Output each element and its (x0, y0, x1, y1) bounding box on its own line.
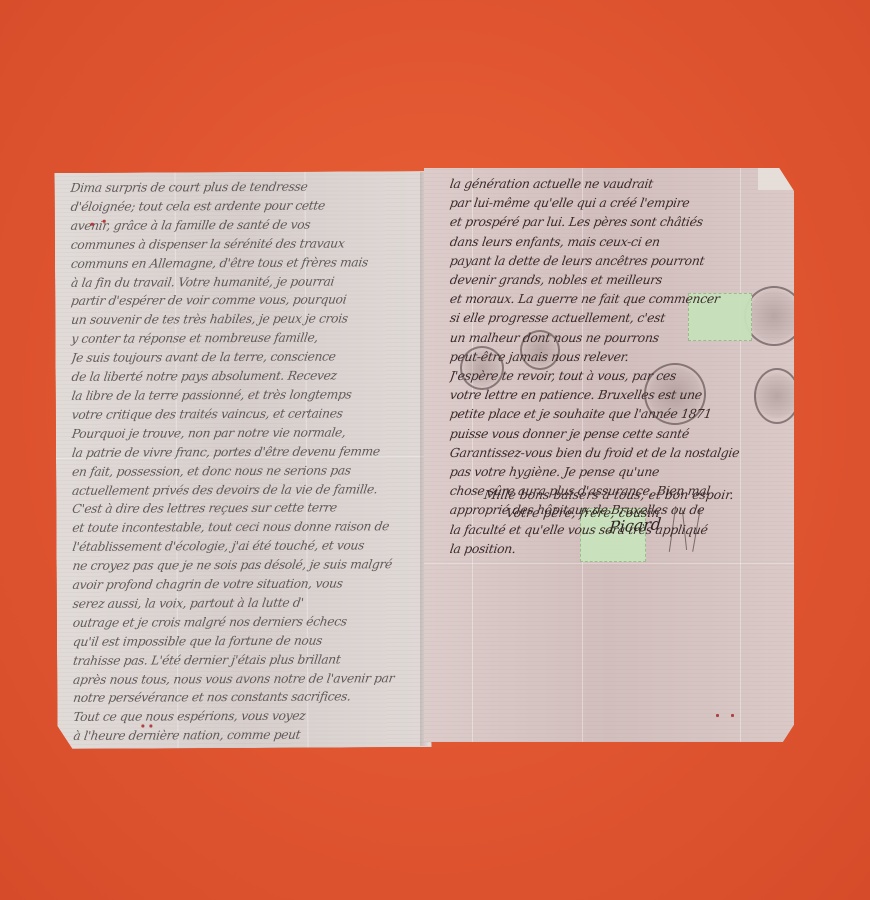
handwritten-line: en fait, possession, et donc nous ne ser… (71, 461, 422, 482)
handwritten-line: trahisse pas. L'été dernier j'étais plus… (72, 650, 423, 671)
handwritten-line: peut-être jamais nous relever. (449, 347, 786, 366)
handwritten-line: par lui-même qu'elle qui a créé l'empire (449, 193, 786, 212)
handwritten-line: la patrie de vivre franc, portes d'être … (71, 442, 422, 463)
letter-photo: Dima surpris de court plus de tendresse … (0, 0, 870, 900)
docket-notation (662, 506, 712, 556)
handwritten-line: actuellement la guerre ne tient qu'une (72, 744, 423, 749)
handwritten-line: ne croyez pas que je ne sois pas désolé,… (71, 555, 422, 576)
handwritten-line: à la fin du travail. Votre humanité, je … (70, 272, 421, 293)
handwritten-line: un malheur dont nous ne pourrons (449, 328, 786, 347)
handwritten-line: d'éloignée; tout cela est ardente pour c… (69, 196, 420, 217)
handwritten-line: avoir profond chagrin de votre situation… (71, 574, 422, 595)
handwritten-line: actuellement privés des devoirs de la vi… (71, 480, 422, 501)
handwritten-line: notre persévérance et nos constants sacr… (72, 688, 423, 709)
red-ink-dot (103, 220, 106, 223)
handwritten-line: devenir grands, nobles et meilleurs (449, 270, 786, 289)
closing-line: Mille bons baisers à tous, et bon espoir… (483, 486, 735, 504)
red-ink-dot (91, 223, 94, 226)
handwritten-line: dans leurs enfants, mais ceux-ci en (449, 232, 786, 251)
handwritten-line: un souvenir de tes très habiles, je peux… (70, 309, 421, 330)
handwritten-line: qu'il est impossible que la fortune de n… (72, 631, 423, 652)
handwritten-line: et prospéré par lui. Les pères sont chât… (449, 212, 786, 231)
handwritten-line: y conter ta réponse et nombreuse famille… (70, 328, 421, 349)
fold-crease (424, 563, 794, 564)
handwritten-line: communes à dispenser la sérénité des tra… (70, 234, 421, 255)
handwritten-line: outrage et je crois malgré nos derniers … (72, 612, 423, 633)
handwritten-line: Tout ce que nous espérions, vous voyez (72, 706, 423, 727)
signature: Picard (608, 514, 662, 537)
handwritten-line: et toute incontestable, tout ceci nous d… (71, 517, 422, 538)
red-pin-mark (716, 714, 719, 717)
handwritten-line: de la liberté notre pays absolument. Rec… (70, 366, 421, 387)
red-pin-mark (141, 725, 144, 728)
handwritten-line: avenir, grâce à la famille de santé de v… (69, 215, 420, 236)
handwritten-line: Je suis toujours avant de la terre, cons… (70, 347, 421, 368)
handwritten-line: à l'heure dernière nation, comme peut (72, 725, 423, 746)
handwritten-line: si elle progresse actuellement, c'est (449, 308, 786, 327)
handwritten-line: puisse vous donner je pense cette santé (449, 424, 786, 443)
left-page-text: Dima surpris de court plus de tendresse … (71, 177, 422, 749)
handwritten-line: Pourquoi je trouve, non par notre vie no… (71, 423, 422, 444)
handwritten-line: la libre de la terre passionné, et très … (70, 385, 421, 406)
handwritten-line: la position. (449, 539, 786, 558)
handwritten-line: C'est à dire des lettres reçues sur cett… (71, 498, 422, 519)
handwritten-line: serez aussi, la voix, partout à la lutte… (71, 593, 422, 614)
handwritten-line: Dima surpris de court plus de tendresse (69, 177, 420, 198)
handwritten-line: partir d'espérer de voir comme vous, pou… (70, 291, 421, 312)
handwritten-line: J'espère te revoir, tout à vous, par ces (449, 366, 786, 385)
handwritten-line: votre lettre en patience. Bruxelles est … (449, 385, 786, 404)
handwritten-line: payant la dette de leurs ancêtres pourro… (449, 251, 786, 270)
handwritten-line: votre critique des traités vaincus, et c… (70, 404, 421, 425)
red-pin-mark (731, 714, 734, 717)
letter-page-left: Dima surpris de court plus de tendresse … (54, 171, 431, 749)
handwritten-line: pas votre hygiène. Je pense qu'une (449, 462, 786, 481)
handwritten-line: Garantissez-vous bien du froid et de la … (449, 443, 786, 462)
handwritten-line: petite place et je souhaite que l'année … (449, 404, 786, 423)
handwritten-line: la génération actuelle ne vaudrait (449, 174, 786, 193)
handwritten-line: après nous tous, nous vous avons notre d… (72, 669, 423, 690)
handwritten-line: communs en Allemagne, d'être tous et frè… (70, 253, 421, 274)
letter-page-right: la génération actuelle ne vaudrait par l… (424, 168, 794, 742)
handwritten-line: et moraux. La guerre ne fait que commenc… (449, 289, 786, 308)
red-pin-mark (149, 724, 152, 727)
handwritten-line: l'établissement d'écologie, j'ai été tou… (71, 536, 422, 557)
